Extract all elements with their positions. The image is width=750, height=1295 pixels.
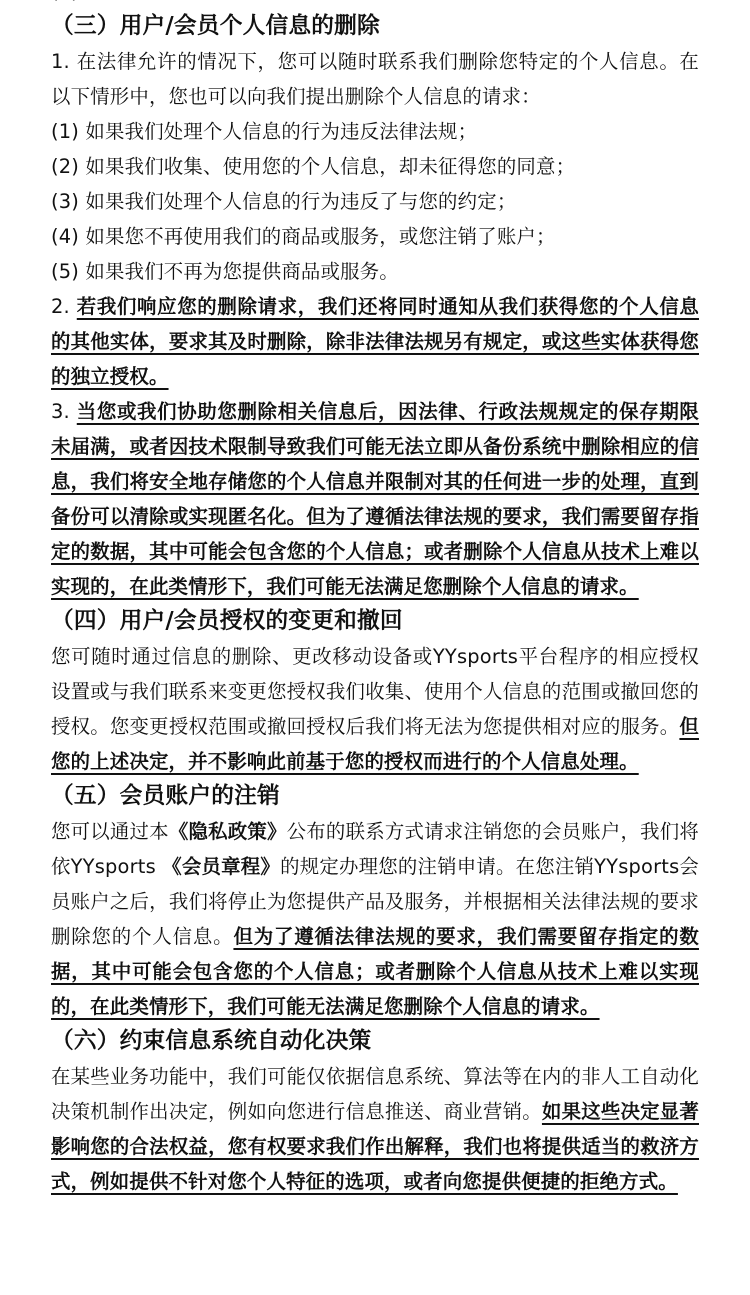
section-heading-authorization: （四）用户/会员授权的变更和撤回: [51, 604, 699, 639]
section-account-cancellation: （五）会员账户的注销 您可以通过本《隐私政策》公布的联系方式请求注销您的会员账户…: [51, 779, 699, 1024]
membership-rules-reference: 《会员章程》: [162, 855, 280, 878]
list-item: (5) 如果我们不再为您提供商品或服务。: [51, 254, 699, 289]
section-automated-decision: （六）约束信息系统自动化决策 在某些业务功能中，我们可能仅依据信息系统、算法等在…: [51, 1024, 699, 1199]
section-heading-cancellation: （五）会员账户的注销: [51, 779, 699, 814]
item-number: 1.: [51, 50, 77, 73]
privacy-policy-document: (6) 其他法律法规及监管要求规定的情形。 （三）用户/会员个人信息的删除 1.…: [51, 0, 699, 1199]
paragraph-authorization: 您可随时通过信息的删除、更改移动设备或YYsports平台程序的相应授权设置或与…: [51, 639, 699, 779]
section-authorization-change: （四）用户/会员授权的变更和撤回 您可随时通过信息的删除、更改移动设备或YYsp…: [51, 604, 699, 779]
paragraph-automated-decision: 在某些业务功能中，我们可能仅依据信息系统、算法等在内的非人工自动化决策机制作出决…: [51, 1059, 699, 1199]
list-item: (1) 如果我们处理个人信息的行为违反法律法规；: [51, 114, 699, 149]
section-heading-automated-decision: （六）约束信息系统自动化决策: [51, 1024, 699, 1059]
emphasized-text: 若我们响应您的删除请求，我们还将同时通知从我们获得您的个人信息的其他实体，要求其…: [51, 295, 699, 388]
paragraph-cancellation: 您可以通过本《隐私政策》公布的联系方式请求注销您的会员账户，我们将依YYspor…: [51, 814, 699, 1024]
list-item: (3) 如果我们处理个人信息的行为违反了与您的约定；: [51, 184, 699, 219]
list-item: (2) 如果我们收集、使用您的个人信息，却未征得您的同意；: [51, 149, 699, 184]
paragraph-deletion-3: 3. 当您或我们协助您删除相关信息后，因法律、行政法规规定的保存期限未届满，或者…: [51, 394, 699, 604]
paragraph-text: 您可以通过本: [51, 820, 169, 843]
partial-top-line: (6) 其他法律法规及监管要求规定的情形。: [51, 0, 699, 9]
section-deletion: （三）用户/会员个人信息的删除 1. 在法律允许的情况下，您可以随时联系我们删除…: [51, 9, 699, 604]
item-number: 3.: [51, 400, 77, 423]
item-number: 2.: [51, 295, 77, 318]
privacy-policy-reference: 《隐私政策》: [169, 820, 287, 843]
emphasized-text: 当您或我们协助您删除相关信息后，因法律、行政法规规定的保存期限未届满，或者因技术…: [51, 400, 699, 598]
paragraph-deletion-2: 2. 若我们响应您的删除请求，我们还将同时通知从我们获得您的个人信息的其他实体，…: [51, 289, 699, 394]
section-heading-deletion: （三）用户/会员个人信息的删除: [51, 9, 699, 44]
paragraph-text: 您可随时通过信息的删除、更改移动设备或YYsports平台程序的相应授权设置或与…: [51, 645, 699, 738]
list-item: (4) 如果您不再使用我们的商品或服务，或您注销了账户；: [51, 219, 699, 254]
paragraph-deletion-1: 1. 在法律允许的情况下，您可以随时联系我们删除您特定的个人信息。在以下情形中，…: [51, 44, 699, 114]
paragraph-text: 在法律允许的情况下，您可以随时联系我们删除您特定的个人信息。在以下情形中，您也可…: [51, 50, 699, 108]
